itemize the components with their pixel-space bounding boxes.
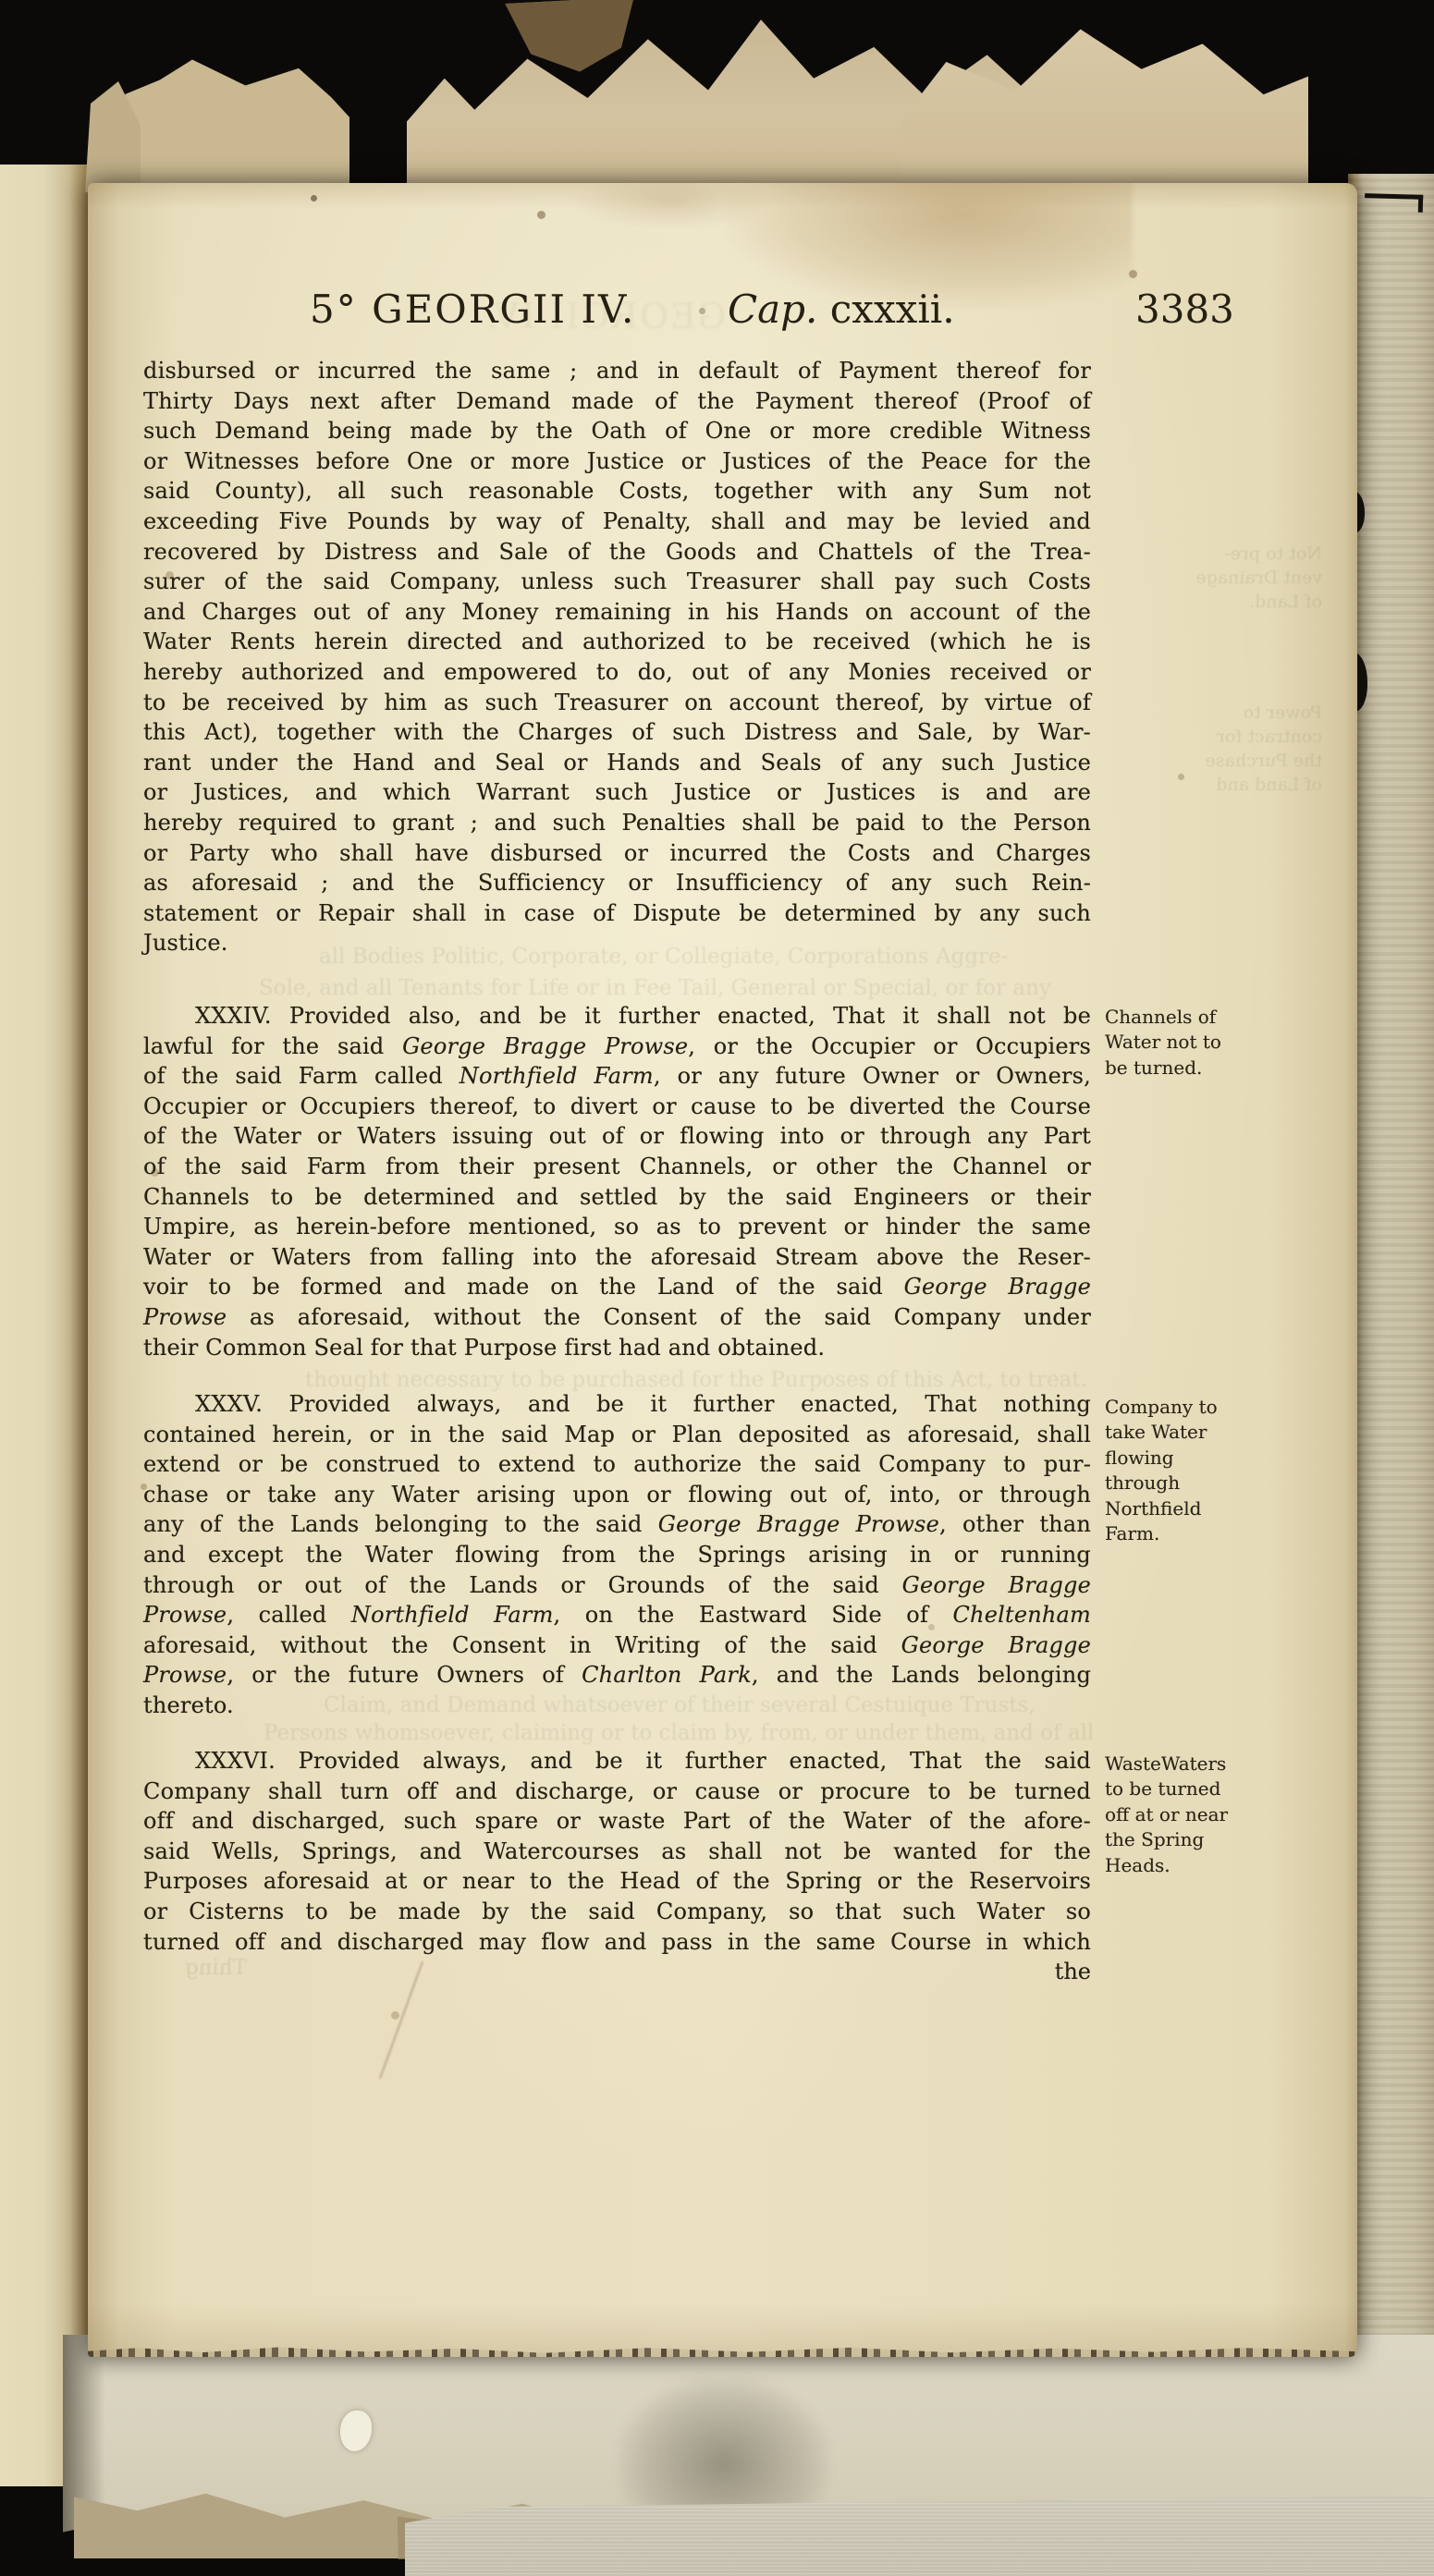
ghost-text-line: Persons whomsoever, claiming or to claim…	[264, 1721, 1094, 1745]
text-line: Water or Waters from falling into the af…	[143, 1244, 1091, 1275]
note-line: to be turned	[1105, 1776, 1331, 1801]
note-line: Channels of	[1105, 1005, 1331, 1030]
text-line: or Party who shall have disbursed or inc…	[143, 840, 1091, 871]
regnal-year: 5° GEORGII IV.	[310, 287, 635, 332]
text-line: and Charges out of any Money remaining i…	[143, 599, 1091, 629]
text-line: XXXIV. Provided also, and be it further …	[143, 1003, 1091, 1033]
note-line: flowing	[1105, 1446, 1331, 1471]
text-line: Umpire, as herein-before mentioned, so a…	[143, 1214, 1091, 1244]
underlying-sheet	[405, 2496, 1434, 2576]
page-number: 3383	[1135, 287, 1234, 332]
text-line: said County), all such reasonable Costs,…	[143, 478, 1091, 508]
text-line: XXXVI. Provided always, and be it furthe…	[143, 1748, 1091, 1778]
text-line: Water Rents herein directed and authoriz…	[143, 629, 1091, 659]
text-line: of the said Farm called Northfield Farm,…	[143, 1063, 1091, 1093]
ink-corner-mark	[1365, 193, 1423, 213]
paragraph-1: disbursed or incurred the same ; and in …	[143, 358, 1091, 960]
water-stain	[569, 183, 772, 229]
text-line: lawful for the said George Bragge Prowse…	[143, 1033, 1091, 1064]
note-line: of Land and	[1091, 773, 1322, 797]
text-line: this Act), together with the Charges of …	[143, 719, 1091, 750]
text-line: or Witnesses before One or more Justice …	[143, 448, 1091, 479]
margin-note-xxxvi: WasteWatersto be turnedoff at or nearthe…	[1105, 1752, 1331, 1878]
torn-bottom-edge	[88, 2344, 1357, 2357]
note-line: the Purchase	[1091, 749, 1322, 773]
text-line: rant under the Hand and Seal or Hands an…	[143, 750, 1091, 780]
text-line: disbursed or incurred the same ; and in …	[143, 358, 1091, 388]
note-line: be turned.	[1105, 1056, 1331, 1080]
text-line: turned off and discharged may flow and p…	[143, 1929, 1091, 1959]
paragraph-4: XXXVI. Provided always, and be it furthe…	[143, 1748, 1091, 1959]
note-line: the Spring	[1105, 1827, 1331, 1852]
chapter-number: Cap. cxxxii.	[728, 287, 955, 332]
catchword: the	[143, 1959, 1091, 1984]
text-line: Purposes aforesaid at or near to the Hea…	[143, 1868, 1091, 1898]
text-line: Justice.	[143, 930, 1091, 960]
text-line: Occupier or Occupiers thereof, to divert…	[143, 1093, 1091, 1124]
text-line: statement or Repair shall in case of Dis…	[143, 900, 1091, 931]
ghost-text-line: thought necessary to be purchased for th…	[305, 1368, 1087, 1392]
text-line: said Wells, Springs, and Watercourses as…	[143, 1838, 1091, 1869]
text-line: Prowse, or the future Owners of Charlton…	[143, 1662, 1091, 1692]
ghost-margin-note: Power tocontract forthe Purchaseof Land …	[1091, 701, 1322, 797]
note-line: off at or near	[1105, 1802, 1331, 1827]
text-line: through or out of the Lands or Grounds o…	[143, 1572, 1091, 1603]
text-line: Prowse as aforesaid, without the Consent…	[143, 1304, 1091, 1335]
text-line: surer of the said Company, unless such T…	[143, 568, 1091, 599]
scanned-book-photo: GEORGII IV. all Bodies Politic, Corporat…	[0, 0, 1434, 2576]
note-line: Northfield	[1105, 1496, 1331, 1521]
text-line: thereto.	[143, 1692, 1091, 1723]
note-line: Farm.	[1105, 1521, 1331, 1546]
margin-note-xxxiv: Channels ofWater not tobe turned.	[1105, 1005, 1331, 1080]
note-line: vent Drainage	[1091, 566, 1322, 590]
text-line: XXXV. Provided always, and be it further…	[143, 1391, 1091, 1422]
text-line: voir to be formed and made on the Land o…	[143, 1274, 1091, 1304]
ghost-text-line: Sole, and all Tenants for Life or in Fee…	[259, 976, 1051, 1000]
facing-page-edge	[0, 165, 89, 2486]
text-line: of the Water or Waters issuing out of or…	[143, 1123, 1091, 1154]
text-line: Channels to be determined and settled by…	[143, 1184, 1091, 1215]
text-line: off and discharged, such spare or waste …	[143, 1808, 1091, 1838]
text-line: hereby required to grant ; and such Pena…	[143, 810, 1091, 840]
torn-paper-fragment	[901, 15, 1308, 196]
running-head: 5° GEORGII IV. Cap. cxxxii. 3383	[88, 287, 1357, 342]
text-line: hereby authorized and empowered to do, o…	[143, 659, 1091, 690]
text-line: or Justices, and which Warrant such Just…	[143, 779, 1091, 810]
text-line: such Demand being made by the Oath of On…	[143, 418, 1091, 448]
margin-note-xxxv: Company totake WaterflowingthroughNorthf…	[1105, 1395, 1331, 1546]
note-line: Heads.	[1105, 1853, 1331, 1878]
text-line: or Cisterns to be made by the said Compa…	[143, 1898, 1091, 1929]
text-line: Thirty Days next after Demand made of th…	[143, 388, 1091, 419]
note-line: Water not to	[1105, 1030, 1331, 1055]
text-line: recovered by Distress and Sale of the Go…	[143, 539, 1091, 569]
text-line: exceeding Five Pounds by way of Penalty,…	[143, 508, 1091, 539]
text-line: aforesaid, without the Consent in Writin…	[143, 1632, 1091, 1663]
paragraph-2: XXXIV. Provided also, and be it further …	[143, 1003, 1091, 1364]
note-line: contract for	[1091, 725, 1322, 749]
paragraph-3: XXXV. Provided always, and be it further…	[143, 1391, 1091, 1723]
torn-paper-fragment	[118, 48, 349, 192]
text-line: Company shall turn off and discharge, or…	[143, 1778, 1091, 1809]
text-line: as aforesaid ; and the Sufficiency or In…	[143, 870, 1091, 900]
note-line: Not to pre-	[1091, 542, 1322, 566]
foxing-specks	[88, 183, 92, 188]
text-line: chase or take any Water arising upon or …	[143, 1482, 1091, 1512]
text-line: and except the Water flowing from the Sp…	[143, 1542, 1091, 1572]
paper-chip	[340, 2411, 372, 2451]
note-line: of Land.	[1091, 590, 1322, 614]
note-line: WasteWaters	[1105, 1752, 1331, 1776]
text-line: Prowse, called Northfield Farm, on the E…	[143, 1602, 1091, 1632]
text-line: extend or be construed to extend to auth…	[143, 1451, 1091, 1482]
note-line: through	[1105, 1471, 1331, 1496]
note-line: take Water	[1105, 1420, 1331, 1445]
note-line: Power to	[1091, 701, 1322, 725]
text-line: to be received by him as such Treasurer …	[143, 690, 1091, 720]
text-line: their Common Seal for that Purpose first…	[143, 1335, 1091, 1365]
text-line: contained herein, or in the said Map or …	[143, 1422, 1091, 1452]
text-line: any of the Lands belonging to the said G…	[143, 1511, 1091, 1542]
text-line: of the said Farm from their present Chan…	[143, 1154, 1091, 1184]
note-line: Company to	[1105, 1395, 1331, 1420]
ghost-margin-note: Not to pre-vent Drainageof Land.	[1091, 542, 1322, 614]
book-page: GEORGII IV. all Bodies Politic, Corporat…	[88, 183, 1357, 2357]
